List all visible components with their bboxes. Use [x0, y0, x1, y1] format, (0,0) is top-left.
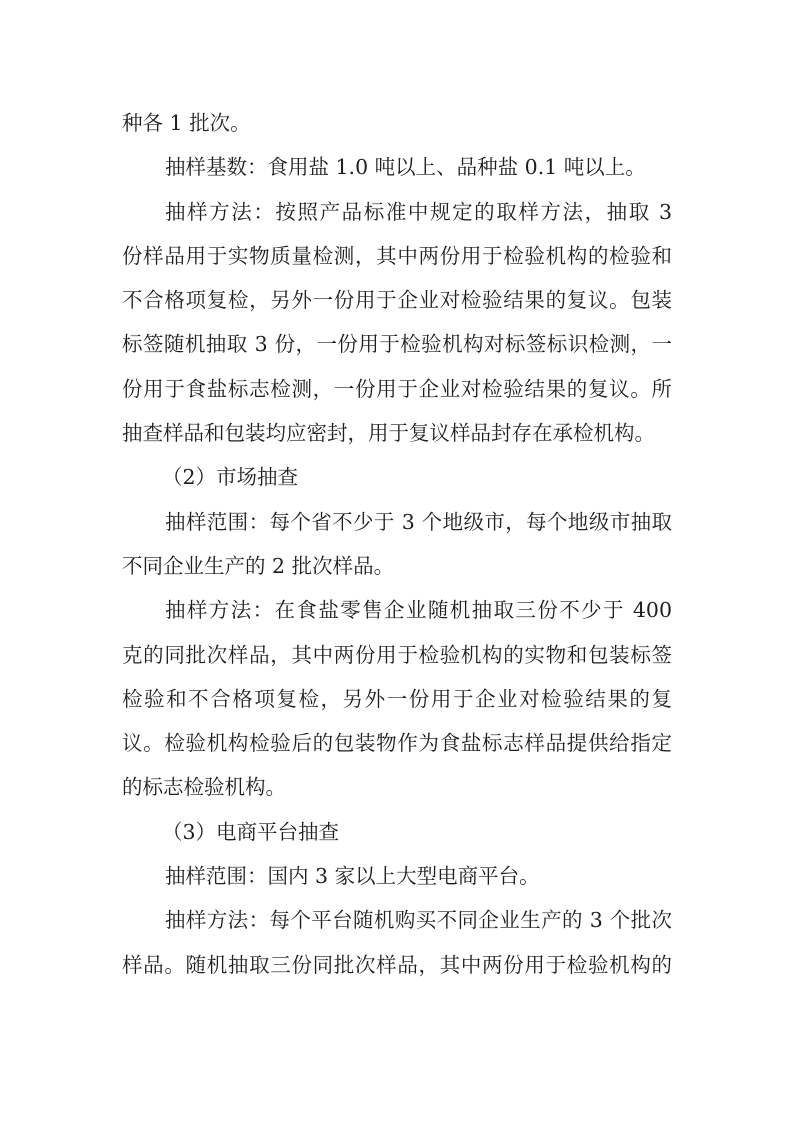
paragraph-continuation: 种各 1 批次。 [122, 101, 672, 145]
section-heading-ecommerce-inspection: （3）电商平台抽查 [122, 810, 672, 854]
text-line: 议。检验机构检验后的包装物作为食盐标志样品提供给指定 [122, 721, 672, 765]
text-line: 样品。随机抽取三份同批次样品，其中两份用于检验机构的 [122, 943, 672, 987]
text-line: 抽样基数：食用盐 1.0 吨以上、品种盐 0.1 吨以上。 [122, 145, 672, 189]
section-heading-market-inspection: （2）市场抽查 [122, 455, 672, 499]
paragraph-sampling-method-market: 抽样方法：在食盐零售企业随机抽取三份不少于 400 克的同批次样品，其中两份用于… [122, 588, 672, 809]
heading-line: （3）电商平台抽查 [122, 810, 672, 854]
text-line: 抽样范围：国内 3 家以上大型电商平台。 [122, 854, 672, 898]
paragraph-sampling-base: 抽样基数：食用盐 1.0 吨以上、品种盐 0.1 吨以上。 [122, 145, 672, 189]
text-line: 不合格项复检，另外一份用于企业对检验结果的复议。包装 [122, 278, 672, 322]
text-line: 份样品用于实物质量检测，其中两份用于检验机构的检验和 [122, 234, 672, 278]
paragraph-sampling-scope-ecommerce: 抽样范围：国内 3 家以上大型电商平台。 [122, 854, 672, 898]
paragraph-sampling-method-ecommerce: 抽样方法：每个平台随机购买不同企业生产的 3 个批次 样品。随机抽取三份同批次样… [122, 898, 672, 987]
text-line: 抽样方法：每个平台随机购买不同企业生产的 3 个批次 [122, 898, 672, 942]
heading-line: （2）市场抽查 [122, 455, 672, 499]
text-line: 检验和不合格项复检，另外一份用于企业对检验结果的复 [122, 677, 672, 721]
text-line: 不同企业生产的 2 批次样品。 [122, 544, 672, 588]
text-line: 份用于食盐标志检测，一份用于企业对检验结果的复议。所 [122, 367, 672, 411]
text-line: 抽样方法：在食盐零售企业随机抽取三份不少于 400 [122, 588, 672, 632]
text-line: 抽样方法：按照产品标准中规定的取样方法，抽取 3 [122, 190, 672, 234]
text-line: 克的同批次样品，其中两份用于检验机构的实物和包装标签 [122, 633, 672, 677]
paragraph-sampling-method-production: 抽样方法：按照产品标准中规定的取样方法，抽取 3 份样品用于实物质量检测，其中两… [122, 190, 672, 456]
text-line: 标签随机抽取 3 份，一份用于检验机构对标签标识检测，一 [122, 322, 672, 366]
text-line: 抽查样品和包装均应密封，用于复议样品封存在承检机构。 [122, 411, 672, 455]
text-line: 种各 1 批次。 [122, 101, 672, 145]
text-line: 抽样范围：每个省不少于 3 个地级市，每个地级市抽取 [122, 500, 672, 544]
paragraph-sampling-scope-market: 抽样范围：每个省不少于 3 个地级市，每个地级市抽取 不同企业生产的 2 批次样… [122, 500, 672, 589]
document-page: 种各 1 批次。 抽样基数：食用盐 1.0 吨以上、品种盐 0.1 吨以上。 抽… [122, 101, 672, 987]
text-line: 的标志检验机构。 [122, 765, 672, 809]
